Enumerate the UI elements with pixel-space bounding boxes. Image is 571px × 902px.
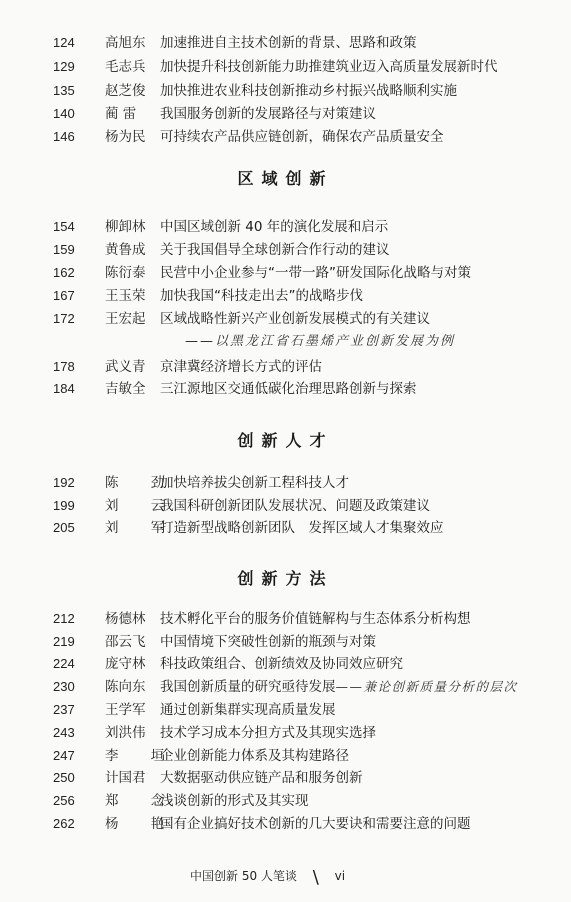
toc-entry: 212 杨德林 技术孵化平台的服务价值链解构与生态体系分析构想 (0, 608, 571, 630)
author: 刘 军 (105, 517, 161, 539)
article-title: 三江源地区交通低碳化治理思路创新与探索 (160, 378, 417, 400)
section-heading-innovation-talent: 创新人才 (0, 428, 571, 451)
page-number: 167 (53, 285, 75, 307)
article-title: 民营中小企业参与“一带一路”研发国际化战略与对策 (160, 262, 471, 284)
article-subtitle: ——兼论创新质量分析的层次 (336, 679, 518, 694)
author: 陈 劲 (105, 472, 161, 494)
toc-entry: 247 李 垣 企业创新能力体系及其构建路径 (0, 745, 571, 767)
toc-entry: 224 庞守林 科技政策组合、创新绩效及协同效应研究 (0, 653, 571, 675)
toc-entry: 167 王玉荣 加快我国“科技走出去”的战略步伐 (0, 285, 571, 307)
page-number: 192 (53, 472, 75, 494)
page-number: 199 (53, 495, 75, 517)
page-number: 243 (53, 722, 75, 744)
author: 毛志兵 (105, 56, 161, 78)
article-title: 可持续农产品供应链创新，确保农产品质量安全 (160, 126, 444, 148)
page-number: 154 (53, 216, 75, 238)
article-title: 加快我国“科技走出去”的战略步伐 (160, 285, 363, 307)
author: 杨德林 (105, 608, 161, 630)
author: 武义青 (105, 356, 161, 378)
toc-entry: 159 黄鲁成 关于我国倡导全球创新合作行动的建议 (0, 239, 571, 261)
author: 邵云飞 (105, 631, 161, 653)
article-title: 通过创新集群实现高质量发展 (160, 699, 336, 721)
toc-entry: 184 吉敏全 三江源地区交通低碳化治理思路创新与探索 (0, 378, 571, 400)
toc-entry: 262 杨 艳 国有企业搞好技术创新的几大要诀和需要注意的问题 (0, 813, 571, 835)
author: 柳卸林 (105, 216, 161, 238)
page-number: 256 (53, 790, 75, 812)
toc-entry: 205 刘 军 打造新型战略创新团队 发挥区域人才集聚效应 (0, 517, 571, 539)
article-title: 技术学习成本分担方式及其现实选择 (160, 722, 376, 744)
author: 赵芝俊 (105, 80, 161, 102)
article-title: 京津冀经济增长方式的评估 (160, 356, 322, 378)
article-title: 中国区域创新 40 年的演化发展和启示 (160, 216, 388, 238)
toc-entry: 146 杨为民 可持续农产品供应链创新，确保农产品质量安全 (0, 126, 571, 148)
toc-entry: 140 蔺 雷 我国服务创新的发展路径与对策建议 (0, 103, 571, 125)
author: 王玉荣 (105, 285, 161, 307)
author: 陈向东 (105, 676, 161, 698)
page-number: 237 (53, 699, 75, 721)
page-number: 146 (53, 126, 75, 148)
toc-entry: 129 毛志兵 加快提升科技创新能力助推建筑业迈入高质量发展新时代 (0, 56, 571, 78)
author: 杨为民 (105, 126, 161, 148)
author: 庞守林 (105, 653, 161, 675)
page-number-roman: vi (335, 869, 345, 883)
page-number: 129 (53, 56, 75, 78)
page-number: 224 (53, 653, 75, 675)
page-number: 230 (53, 676, 75, 698)
page-number: 124 (53, 32, 75, 54)
article-title: 我国创新质量的研究亟待发展——兼论创新质量分析的层次 (160, 676, 518, 698)
page-number: 247 (53, 745, 75, 767)
article-title: 加快推进农业科技创新推动乡村振兴战略顺利实施 (160, 80, 457, 102)
toc-entry: 230 陈向东 我国创新质量的研究亟待发展——兼论创新质量分析的层次 (0, 676, 571, 698)
page-number: 162 (53, 262, 75, 284)
author: 王学军 (105, 699, 161, 721)
page-number: 140 (53, 103, 75, 125)
author: 杨 艳 (105, 813, 161, 835)
article-subtitle-row: ——以黑龙江省石墨烯产业创新发展为例 (0, 331, 571, 353)
section-heading-innovation-methods: 创新方法 (0, 566, 571, 589)
page-number: 212 (53, 608, 75, 630)
toc-entry: 124 高旭东 加速推进自主技术创新的背景、思路和政策 (0, 32, 571, 54)
author: 李 垣 (105, 745, 161, 767)
author: 吉敏全 (105, 378, 161, 400)
toc-entry: 192 陈 劲 加快培养拔尖创新工程科技人才 (0, 472, 571, 494)
article-title: 国有企业搞好技术创新的几大要诀和需要注意的问题 (160, 813, 471, 835)
toc-entry: 250 计国君 大数据驱动供应链产品和服务创新 (0, 767, 571, 789)
book-title: 中国创新 50 人笔谈 (190, 869, 297, 883)
author: 陈衍泰 (105, 262, 161, 284)
toc-entry: 243 刘洪伟 技术学习成本分担方式及其现实选择 (0, 722, 571, 744)
page-number: 135 (53, 80, 75, 102)
toc-entry: 162 陈衍泰 民营中小企业参与“一带一路”研发国际化战略与对策 (0, 262, 571, 284)
toc-page: 124 高旭东 加速推进自主技术创新的背景、思路和政策 129 毛志兵 加快提升… (0, 0, 571, 902)
toc-entry: 199 刘 云 我国科研创新团队发展状况、问题及政策建议 (0, 495, 571, 517)
author: 高旭东 (105, 32, 161, 54)
toc-entry: 178 武义青 京津冀经济增长方式的评估 (0, 356, 571, 378)
page-number: 159 (53, 239, 75, 261)
article-title: 打造新型战略创新团队 发挥区域人才集聚效应 (160, 517, 444, 539)
article-title: 加速推进自主技术创新的背景、思路和政策 (160, 32, 417, 54)
section-heading-regional-innovation: 区域创新 (0, 166, 571, 189)
toc-entry: 237 王学军 通过创新集群实现高质量发展 (0, 699, 571, 721)
article-title: 我国服务创新的发展路径与对策建议 (160, 103, 376, 125)
article-title: 关于我国倡导全球创新合作行动的建议 (160, 239, 390, 261)
article-title: 我国科研创新团队发展状况、问题及政策建议 (160, 495, 430, 517)
page-number: 178 (53, 356, 75, 378)
article-title: 中国情境下突破性创新的瓶颈与对策 (160, 631, 376, 653)
toc-entry: 154 柳卸林 中国区域创新 40 年的演化发展和启示 (0, 216, 571, 238)
author: 刘 云 (105, 495, 161, 517)
page-number: 205 (53, 517, 75, 539)
article-title: 企业创新能力体系及其构建路径 (160, 745, 349, 767)
page-footer: 中国创新 50 人笔谈 \ vi (190, 864, 345, 885)
author: 蔺 雷 (105, 103, 161, 125)
article-subtitle: ——以黑龙江省石墨烯产业创新发展为例 (185, 331, 455, 353)
page-number: 250 (53, 767, 75, 789)
article-title: 区域战略性新兴产业创新发展模式的有关建议 (160, 308, 430, 330)
author: 郑 念 (105, 790, 161, 812)
article-title: 技术孵化平台的服务价值链解构与生态体系分析构想 (160, 608, 471, 630)
page-number: 219 (53, 631, 75, 653)
article-title: 加快培养拔尖创新工程科技人才 (160, 472, 349, 494)
page-number: 184 (53, 378, 75, 400)
toc-entry: 135 赵芝俊 加快推进农业科技创新推动乡村振兴战略顺利实施 (0, 80, 571, 102)
toc-entry: 256 郑 念 浅谈创新的形式及其实现 (0, 790, 571, 812)
article-title: 大数据驱动供应链产品和服务创新 (160, 767, 363, 789)
toc-entry: 219 邵云飞 中国情境下突破性创新的瓶颈与对策 (0, 631, 571, 653)
page-number: 172 (53, 308, 75, 330)
page-number: 262 (53, 813, 75, 835)
article-title: 浅谈创新的形式及其实现 (160, 790, 309, 812)
article-title: 加快提升科技创新能力助推建筑业迈入高质量发展新时代 (160, 56, 498, 78)
author: 计国君 (105, 767, 161, 789)
separator-slash: \ (313, 867, 319, 888)
article-title: 科技政策组合、创新绩效及协同效应研究 (160, 653, 403, 675)
toc-entry: 172 王宏起 区域战略性新兴产业创新发展模式的有关建议 (0, 308, 571, 330)
author: 黄鲁成 (105, 239, 161, 261)
author: 刘洪伟 (105, 722, 161, 744)
author: 王宏起 (105, 308, 161, 330)
article-title-main: 我国创新质量的研究亟待发展 (160, 679, 336, 695)
